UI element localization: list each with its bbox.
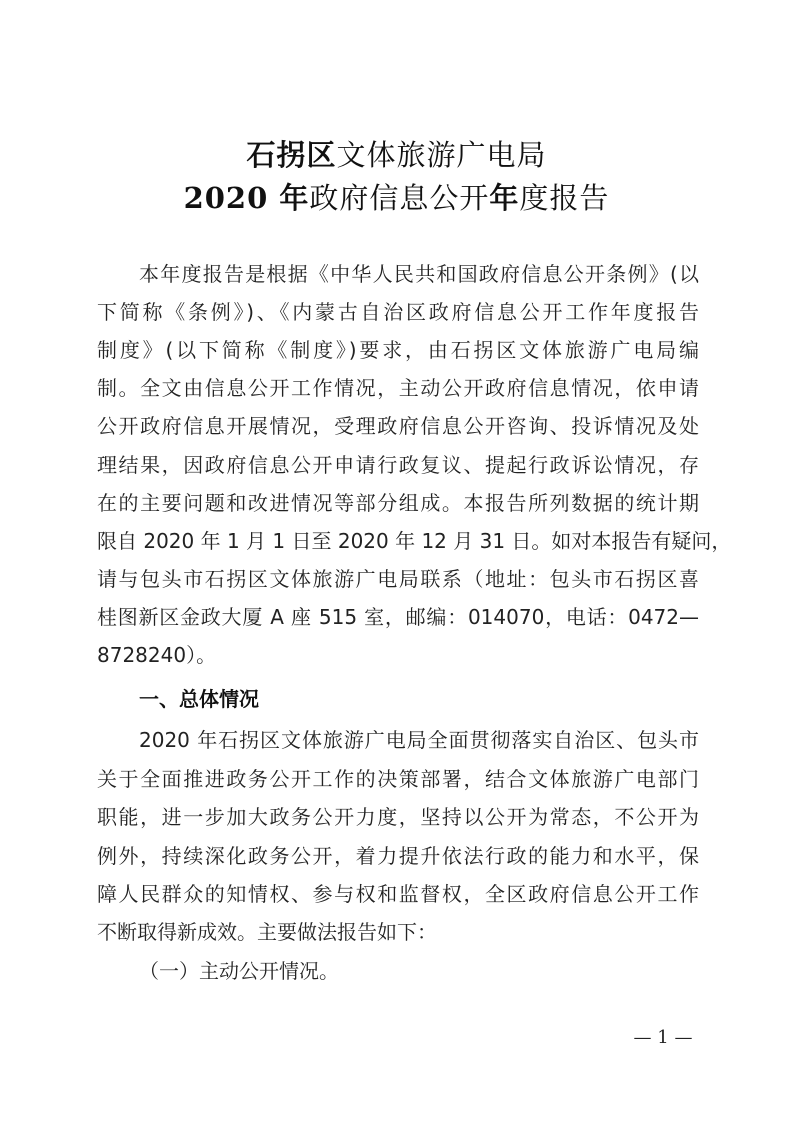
intro-line: 理结果，因政府信息公开申请行政复议、提起行政诉讼情况，存 [97, 451, 699, 479]
page-number: — 1 — [628, 1027, 698, 1048]
title-mid: 政府信息公开 [309, 181, 489, 215]
intro-line: 在的主要问题和改进情况等部分组成。本报告所列数据的统计期 [97, 489, 699, 517]
section1-line: 2020 年石拐区文体旅游广电局全面贯彻落实自治区、包头市 [139, 726, 699, 754]
subsection-heading: （一）主动公开情况。 [139, 957, 339, 985]
intro-line: 制度》(以下简称《制度》)要求，由石拐区文体旅游广电局编 [97, 336, 699, 364]
title-regular-part: 文体旅游广电局 [337, 138, 547, 172]
intro-line: 8728240）。 [97, 641, 699, 669]
title-bold-part: 石拐区 [246, 138, 336, 172]
document-title-line1: 石拐区文体旅游广电局 [0, 137, 793, 173]
intro-line: 请与包头市石拐区文体旅游广电局联系（地址：包头市石拐区喜 [97, 565, 699, 593]
intro-line: 桂图新区金政大厦 A 座 515 室，邮编：014070，电话：0472— [97, 603, 699, 631]
title-year: 2020 年 [184, 181, 310, 215]
intro-line: 下简称《条例》)、《内蒙古自治区政府信息公开工作年度报告 [97, 298, 699, 326]
document-page: 石拐区文体旅游广电局 2020 年政府信息公开年度报告 本年度报告是根据《中华人… [0, 0, 793, 1122]
intro-line: 本年度报告是根据《中华人民共和国政府信息公开条例》(以 [139, 260, 699, 288]
section1-line: 障人民群众的知情权、参与权和监督权，全区政府信息公开工作 [97, 880, 699, 908]
title-end: 度报告 [519, 181, 609, 215]
intro-line: 公开政府信息开展情况，受理政府信息公开咨询、投诉情况及处 [97, 412, 699, 440]
section1-line: 例外，持续深化政务公开，着力提升依法行政的能力和水平，保 [97, 842, 699, 870]
section1-line: 职能，进一步加大政务公开力度，坚持以公开为常态，不公开为 [97, 803, 699, 831]
section-heading: 一、总体情况 [139, 685, 259, 713]
intro-line: 制。全文由信息公开工作情况，主动公开政府信息情况，依申请 [97, 374, 699, 402]
title-year-char: 年 [489, 181, 519, 215]
intro-line: 限自 2020 年 1 月 1 日至 2020 年 12 月 31 日。如对本报… [97, 527, 699, 555]
document-title-line2: 2020 年政府信息公开年度报告 [0, 180, 793, 216]
section1-line: 关于全面推进政务公开工作的决策部署，结合文体旅游广电部门 [97, 765, 699, 793]
section1-line: 不断取得新成效。主要做法报告如下： [97, 918, 699, 946]
